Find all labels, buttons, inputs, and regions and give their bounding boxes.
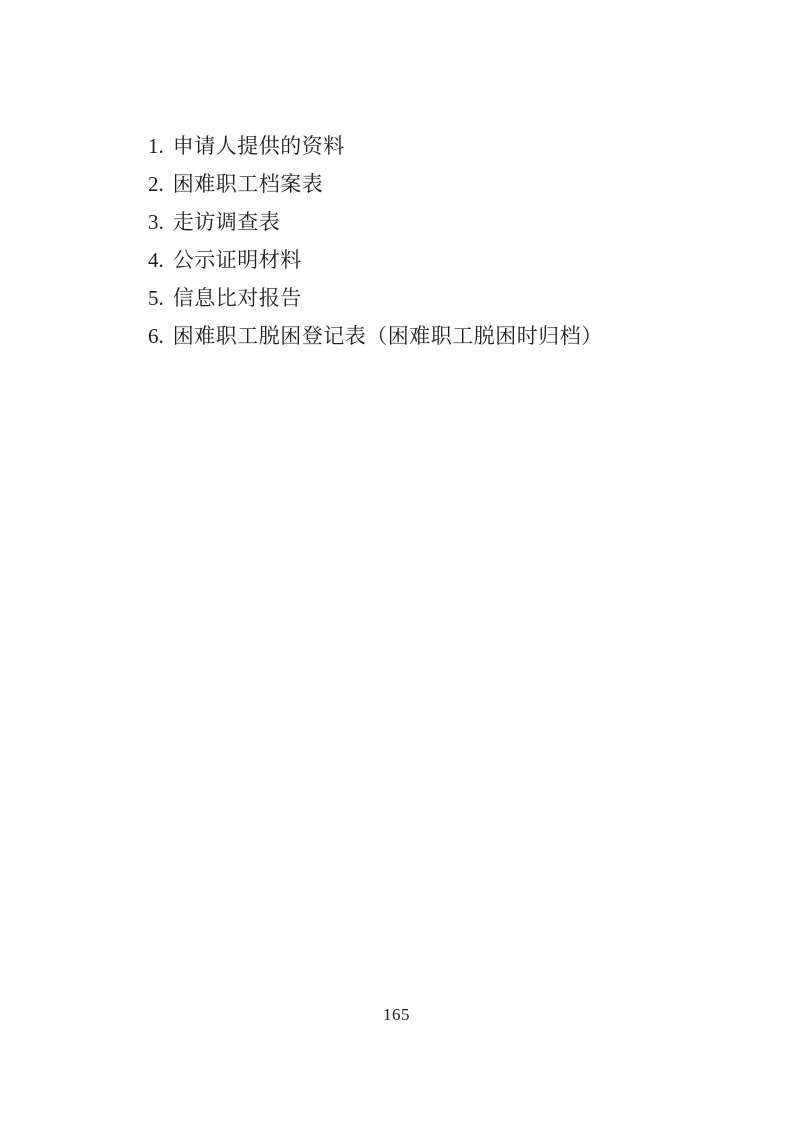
item-number: 2. bbox=[148, 165, 164, 203]
item-text: 走访调查表 bbox=[173, 210, 281, 234]
item-number: 5. bbox=[148, 279, 164, 317]
list-item: 1.申请人提供的资料 bbox=[148, 127, 603, 165]
list-item: 3.走访调查表 bbox=[148, 203, 603, 241]
list-item: 6.困难职工脱困登记表（困难职工脱困时归档） bbox=[148, 317, 603, 355]
item-text: 信息比对报告 bbox=[173, 286, 302, 310]
item-text: 困难职工脱困登记表（困难职工脱困时归档） bbox=[173, 324, 603, 348]
list-item: 2.困难职工档案表 bbox=[148, 165, 603, 203]
item-number: 4. bbox=[148, 241, 164, 279]
item-number: 3. bbox=[148, 203, 164, 241]
archive-materials-list: 1.申请人提供的资料 2.困难职工档案表 3.走访调查表 4.公示证明材料 5.… bbox=[148, 127, 603, 355]
document-page: 1.申请人提供的资料 2.困难职工档案表 3.走访调查表 4.公示证明材料 5.… bbox=[0, 0, 793, 1122]
item-text: 申请人提供的资料 bbox=[173, 134, 345, 158]
item-number: 1. bbox=[148, 127, 164, 165]
item-text: 公示证明材料 bbox=[173, 248, 302, 272]
item-number: 6. bbox=[148, 317, 164, 355]
item-text: 困难职工档案表 bbox=[173, 172, 324, 196]
list-item: 4.公示证明材料 bbox=[148, 241, 603, 279]
page-number: 165 bbox=[0, 1003, 793, 1027]
list-item: 5.信息比对报告 bbox=[148, 279, 603, 317]
